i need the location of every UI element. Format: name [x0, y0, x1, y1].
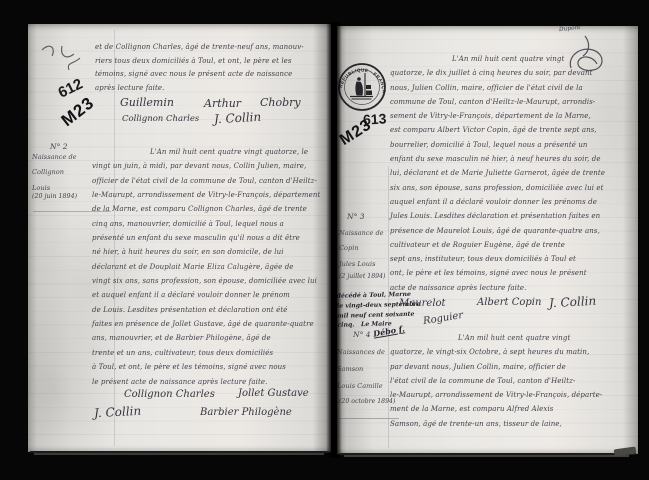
signature: Collignon Charles: [122, 114, 199, 124]
signature: Guillemin: [120, 96, 174, 109]
act-body: L'An mil huit cent quatre vingt quatorze…: [92, 145, 330, 389]
corner-scrawl: Dupont: [559, 26, 581, 33]
register-page-right: Dupont RÉPUBLIQUE · FRANÇAISE: [337, 26, 638, 454]
signature: Albert Copin: [477, 297, 541, 308]
mayor-signature: J. Collin: [94, 404, 142, 420]
mayor-signature: J. Collin: [549, 294, 597, 310]
page-edge: [34, 453, 324, 455]
act-body: L'An mil huit cent quatre vingt quatorze…: [390, 331, 632, 431]
signature: Collignon Charles: [124, 389, 215, 400]
act-body-end: et de Collignon Charles, âgé de trente-n…: [95, 41, 327, 95]
signature: Barbier Philogène: [200, 407, 292, 418]
margin-act-date: (20 octobre 1894): [339, 398, 395, 405]
signature: Chobry: [260, 96, 301, 109]
page-edge: [344, 455, 629, 457]
margin-act-date: (2 juillet 1894): [339, 273, 385, 280]
signature: Maurelot: [399, 298, 446, 309]
act-number: N° 4: [353, 330, 370, 339]
signature: Arthur: [204, 97, 241, 110]
register-scan: 612 M23 N° 2 Naissance de Collignon Loui…: [0, 0, 649, 480]
republic-seal: RÉPUBLIQUE · FRANÇAISE: [337, 62, 387, 112]
margin-act-title: Naissance de Copin Jules Louis: [339, 226, 395, 272]
register-page-left: 612 M23 N° 2 Naissance de Collignon Loui…: [28, 24, 331, 452]
signature: Roguier: [422, 310, 464, 327]
act-body: L'An mil huit cent quatre vingt quatorze…: [390, 52, 632, 295]
signature: Jollet Gustave: [238, 388, 309, 399]
margin-act-date: (20 juin 1894): [32, 193, 77, 200]
margin-act-title: Naissances de Samson Louis Camille: [337, 344, 397, 395]
act-number: N° 3: [347, 212, 364, 221]
mayor-signature: J. Collin: [214, 110, 262, 126]
